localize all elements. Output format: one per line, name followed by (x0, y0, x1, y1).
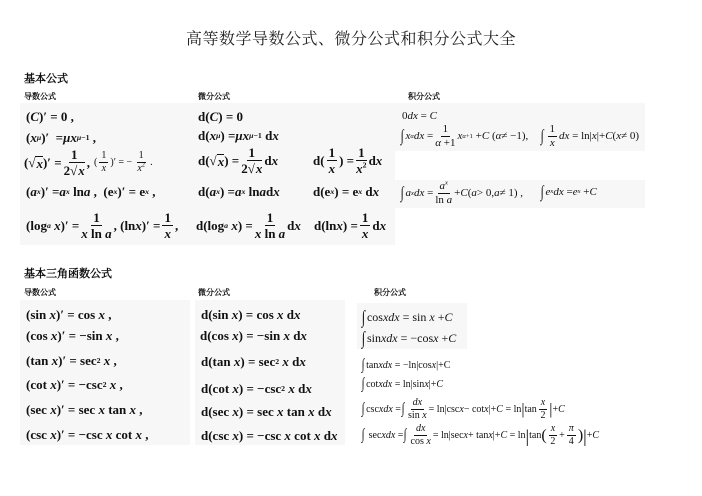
column-heading-differential: 微分公式 (198, 287, 230, 298)
formula-integral-power: ∫xαdx = 1α +1xα+1 +C (α ≠ −1), (400, 124, 528, 149)
formula-differential-cos: d(cos x) = −sin x dx (200, 329, 307, 342)
column-heading-integral: 积分公式 (374, 287, 406, 298)
column-heading-differential: 微分公式 (198, 91, 230, 102)
formula-differential-ln: d(ln x) = 1xdx (314, 211, 386, 240)
formula-derivative-sqrt: (√x)′ = 12√x, (1x)′ = − 1x2 . (24, 148, 153, 177)
formula-derivative-constant: (C)′ = 0 , (26, 110, 74, 123)
formula-integral-sec: ∫ sec xdx = ∫dxcos x= ln|sec x + tan x|+… (361, 424, 599, 447)
formula-integral-cos: ∫cos xdx = sin x +C (361, 308, 453, 326)
formula-derivative-sin: (sin x)′ = cos x , (26, 308, 111, 321)
formula-integral-cot: ∫cot xdx = ln|sin x|+C (361, 377, 443, 392)
formula-integral-e: ∫exdx = ex +C (540, 184, 597, 201)
formula-differential-log: d(loga x) = 1x ln adx (196, 211, 301, 240)
formula-differential-sqrt: d(√x) = 12√xdx (198, 146, 278, 175)
formula-derivative-cos: (cos x)′ = −sin x , (26, 329, 119, 342)
formula-integral-exponential: ∫axdx = axln a+C(a > 0, a ≠ 1) , (400, 181, 523, 206)
formula-differential-e: d(ex) = ex dx (313, 185, 379, 198)
formula-differential-sec: d(sec x) = sec x tan x dx (201, 405, 332, 418)
formula-integral-tan: ∫tan xdx = −ln|cos x|+C (361, 358, 450, 373)
formula-differential-reciprocal: d(1x) = 1x2dx (313, 146, 382, 175)
formula-differential-csc: d(csc x) = −csc x cot x dx (201, 429, 338, 442)
formula-integral-reciprocal: ∫1xdx = ln|x|+C(x ≠ 0) (540, 124, 639, 149)
formula-differential-exponential: d(ax) = ax ln a dx (198, 185, 280, 198)
formula-differential-tan: d(tan x) = sec2 x dx (201, 355, 306, 368)
formula-derivative-tan: (tan x)′ = sec2 x , (26, 354, 117, 367)
formula-differential-cot: d(cot x) = −csc2 x dx (201, 382, 312, 395)
formula-integral-sin: ∫sin xdx = −cos x +C (361, 329, 456, 347)
formula-derivative-log: (loga x)′ = 1x ln a, (ln x)′ = 1x, (26, 211, 178, 240)
column-heading-integral: 积分公式 (408, 91, 440, 102)
page-title: 高等数学导数公式、微分公式和积分公式大全 (0, 26, 702, 49)
formula-differential-constant: d(C) = 0 (198, 110, 243, 123)
column-heading-derivative: 导数公式 (24, 287, 56, 298)
section-heading-basic: 基本公式 (24, 70, 68, 86)
formula-derivative-csc: (csc x)′ = −csc x cot x , (26, 428, 148, 441)
formula-derivative-power: (xμ)′ = μxμ−1 , (26, 131, 96, 144)
formula-differential-sin: d(sin x) = cos x dx (201, 308, 301, 321)
formula-integral-zero: 0dx = C (402, 111, 437, 122)
column-heading-derivative: 导数公式 (24, 91, 56, 102)
formula-derivative-sec: (sec x)′ = sec x tan x , (26, 403, 143, 416)
section-heading-trig: 基本三角函数公式 (24, 265, 112, 281)
formula-derivative-cot: (cot x)′ = −csc2 x , (26, 378, 123, 391)
formula-integral-csc: ∫csc xdx = ∫dxsin x= ln|csc x − cot x|+C… (361, 398, 565, 421)
formula-differential-power: d(xμ) = μxμ−1 dx (198, 129, 279, 142)
formula-derivative-exponential: (ax)′ = ax ln a , (ex)′ = ex , (26, 185, 156, 198)
